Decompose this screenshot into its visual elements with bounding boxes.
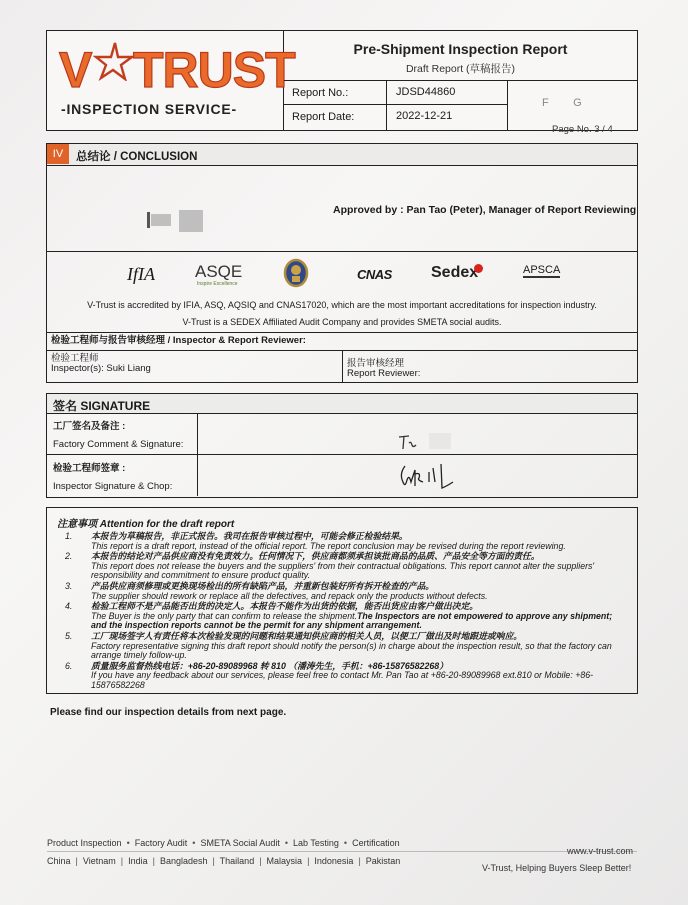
redacted-block	[151, 214, 171, 226]
inspector-signature-scribble	[397, 460, 467, 492]
attention-item: 3. 产品供应商须修理或更换现场检出的所有缺陷产品，并重新包装好所有拆开检查的产…	[57, 582, 627, 601]
section-title: 总结论 / CONCLUSION	[76, 148, 197, 164]
report-no-row: Report No.: JDSD44860	[284, 81, 508, 105]
sedex-text: V-Trust is a SEDEX Affiliated Audit Comp…	[47, 317, 637, 327]
sedex-logo: Sedex	[431, 264, 478, 282]
website-link[interactable]: www.v-trust.com	[567, 846, 633, 856]
asqe-tagline: Inspire Excellence	[197, 281, 238, 287]
inspector-signature-row: 检验工程师签章 : Inspector Signature & Chop:	[47, 455, 637, 496]
accreditation-logos: IfIA ASQE Inspire Excellence CNAS Sedex …	[47, 251, 637, 332]
attention-item: 6. 质量服务监督热线电话：+86-20-89089968 转 810 （潘涛先…	[57, 662, 627, 691]
inspector-name: Inspector(s): Suki Liang	[51, 364, 338, 374]
reviewer-label: Report Reviewer:	[347, 369, 633, 379]
attention-section: 注意事项 Attention for the draft report 1. 本…	[46, 507, 638, 694]
footer-slogan: V-Trust, Helping Buyers Sleep Better!	[482, 863, 631, 873]
star-icon	[93, 41, 133, 81]
report-no-label: Report No.:	[292, 87, 348, 99]
section-number-badge: IV	[47, 144, 69, 164]
signature-header: 签名 SIGNATURE	[47, 394, 637, 414]
conclusion-header: IV 总结论 / CONCLUSION	[47, 144, 637, 166]
report-date-row: Report Date: 2022-12-21	[284, 105, 508, 130]
attention-item: 2. 本报告的结论对产品供应商没有免责效力。任何情况下，供应商都须承担该批商品的…	[57, 552, 627, 581]
report-no-value: JDSD44860	[396, 86, 455, 98]
attention-item: 5. 工厂现场签字人有责任将本次检验发现的问题和结果通知供应商的相关人员，以便工…	[57, 632, 627, 661]
redacted-block	[429, 433, 451, 449]
report-subtitle: Draft Report (草稿报告)	[284, 61, 637, 76]
footer-divider	[47, 851, 637, 852]
page-number: Page No. 3 / 4	[552, 124, 613, 135]
vtrust-logo: V TRUST -INSPECTION SERVICE-	[47, 31, 284, 130]
factory-signature-scribble	[397, 433, 427, 453]
signature-section: 签名 SIGNATURE 工厂签名及备注 : Factory Comment &…	[46, 393, 638, 498]
signature-title: 签名 SIGNATURE	[53, 397, 150, 414]
logo-v: V	[59, 45, 91, 95]
footer-countries: China | Vietnam | India | Bangladesh | T…	[47, 856, 400, 866]
approved-by: Approved by : Pan Tao (Peter), Manager o…	[333, 204, 636, 216]
factory-signature-label: 工厂签名及备注 : Factory Comment & Signature:	[47, 413, 198, 454]
report-title: Pre-Shipment Inspection Report	[284, 41, 637, 57]
reviewer-header: 检验工程师与报告审核经理 / Inspector & Report Review…	[47, 332, 637, 351]
report-header: V TRUST -INSPECTION SERVICE- Pre-Shipmen…	[46, 30, 638, 131]
next-page-note: Please find our inspection details from …	[50, 707, 286, 718]
sedex-dot-icon	[474, 264, 483, 273]
report-date-value: 2022-12-21	[396, 110, 452, 122]
aqsiq-emblem-icon	[283, 258, 309, 288]
report-date-label: Report Date:	[292, 111, 354, 123]
accreditation-text: V-Trust is accredited by IFIA, ASQ, AQSI…	[47, 300, 637, 310]
conclusion-section: IV 总结论 / CONCLUSION Approved by : Pan Ta…	[46, 143, 638, 383]
logo-subtitle: -INSPECTION SERVICE-	[61, 101, 237, 117]
attention-item: 1. 本报告为草稿报告，非正式报告。我司在报告审核过程中，可能会修正检验结果。 …	[57, 532, 627, 551]
apsca-logo: APSCA	[523, 264, 560, 278]
inspector-cell: 检验工程师 Inspector(s): Suki Liang	[47, 350, 343, 382]
redacted-block	[179, 210, 203, 232]
factory-signature-row: 工厂签名及备注 : Factory Comment & Signature:	[47, 413, 637, 455]
cnas-logo: CNAS	[357, 267, 392, 282]
footer-services: Product Inspection • Factory Audit • SME…	[47, 838, 400, 848]
redacted-mark	[147, 212, 150, 228]
report-title-block: Pre-Shipment Inspection Report Draft Rep…	[284, 31, 637, 81]
reviewer-cell: 报告审核经理 Report Reviewer:	[343, 350, 637, 382]
logo-wordmark: TRUST	[133, 45, 295, 95]
attention-item: 4. 检验工程师不是产品能否出货的决定人。本报告不能作为出货的依据，能否出货应由…	[57, 602, 627, 631]
ifia-logo: IfIA	[127, 264, 155, 285]
status-stamp: F G	[508, 81, 637, 130]
attention-title: 注意事项 Attention for the draft report	[57, 515, 627, 530]
inspector-signature-label: 检验工程师签章 : Inspector Signature & Chop:	[47, 455, 198, 496]
asqe-logo: ASQE	[195, 262, 242, 282]
